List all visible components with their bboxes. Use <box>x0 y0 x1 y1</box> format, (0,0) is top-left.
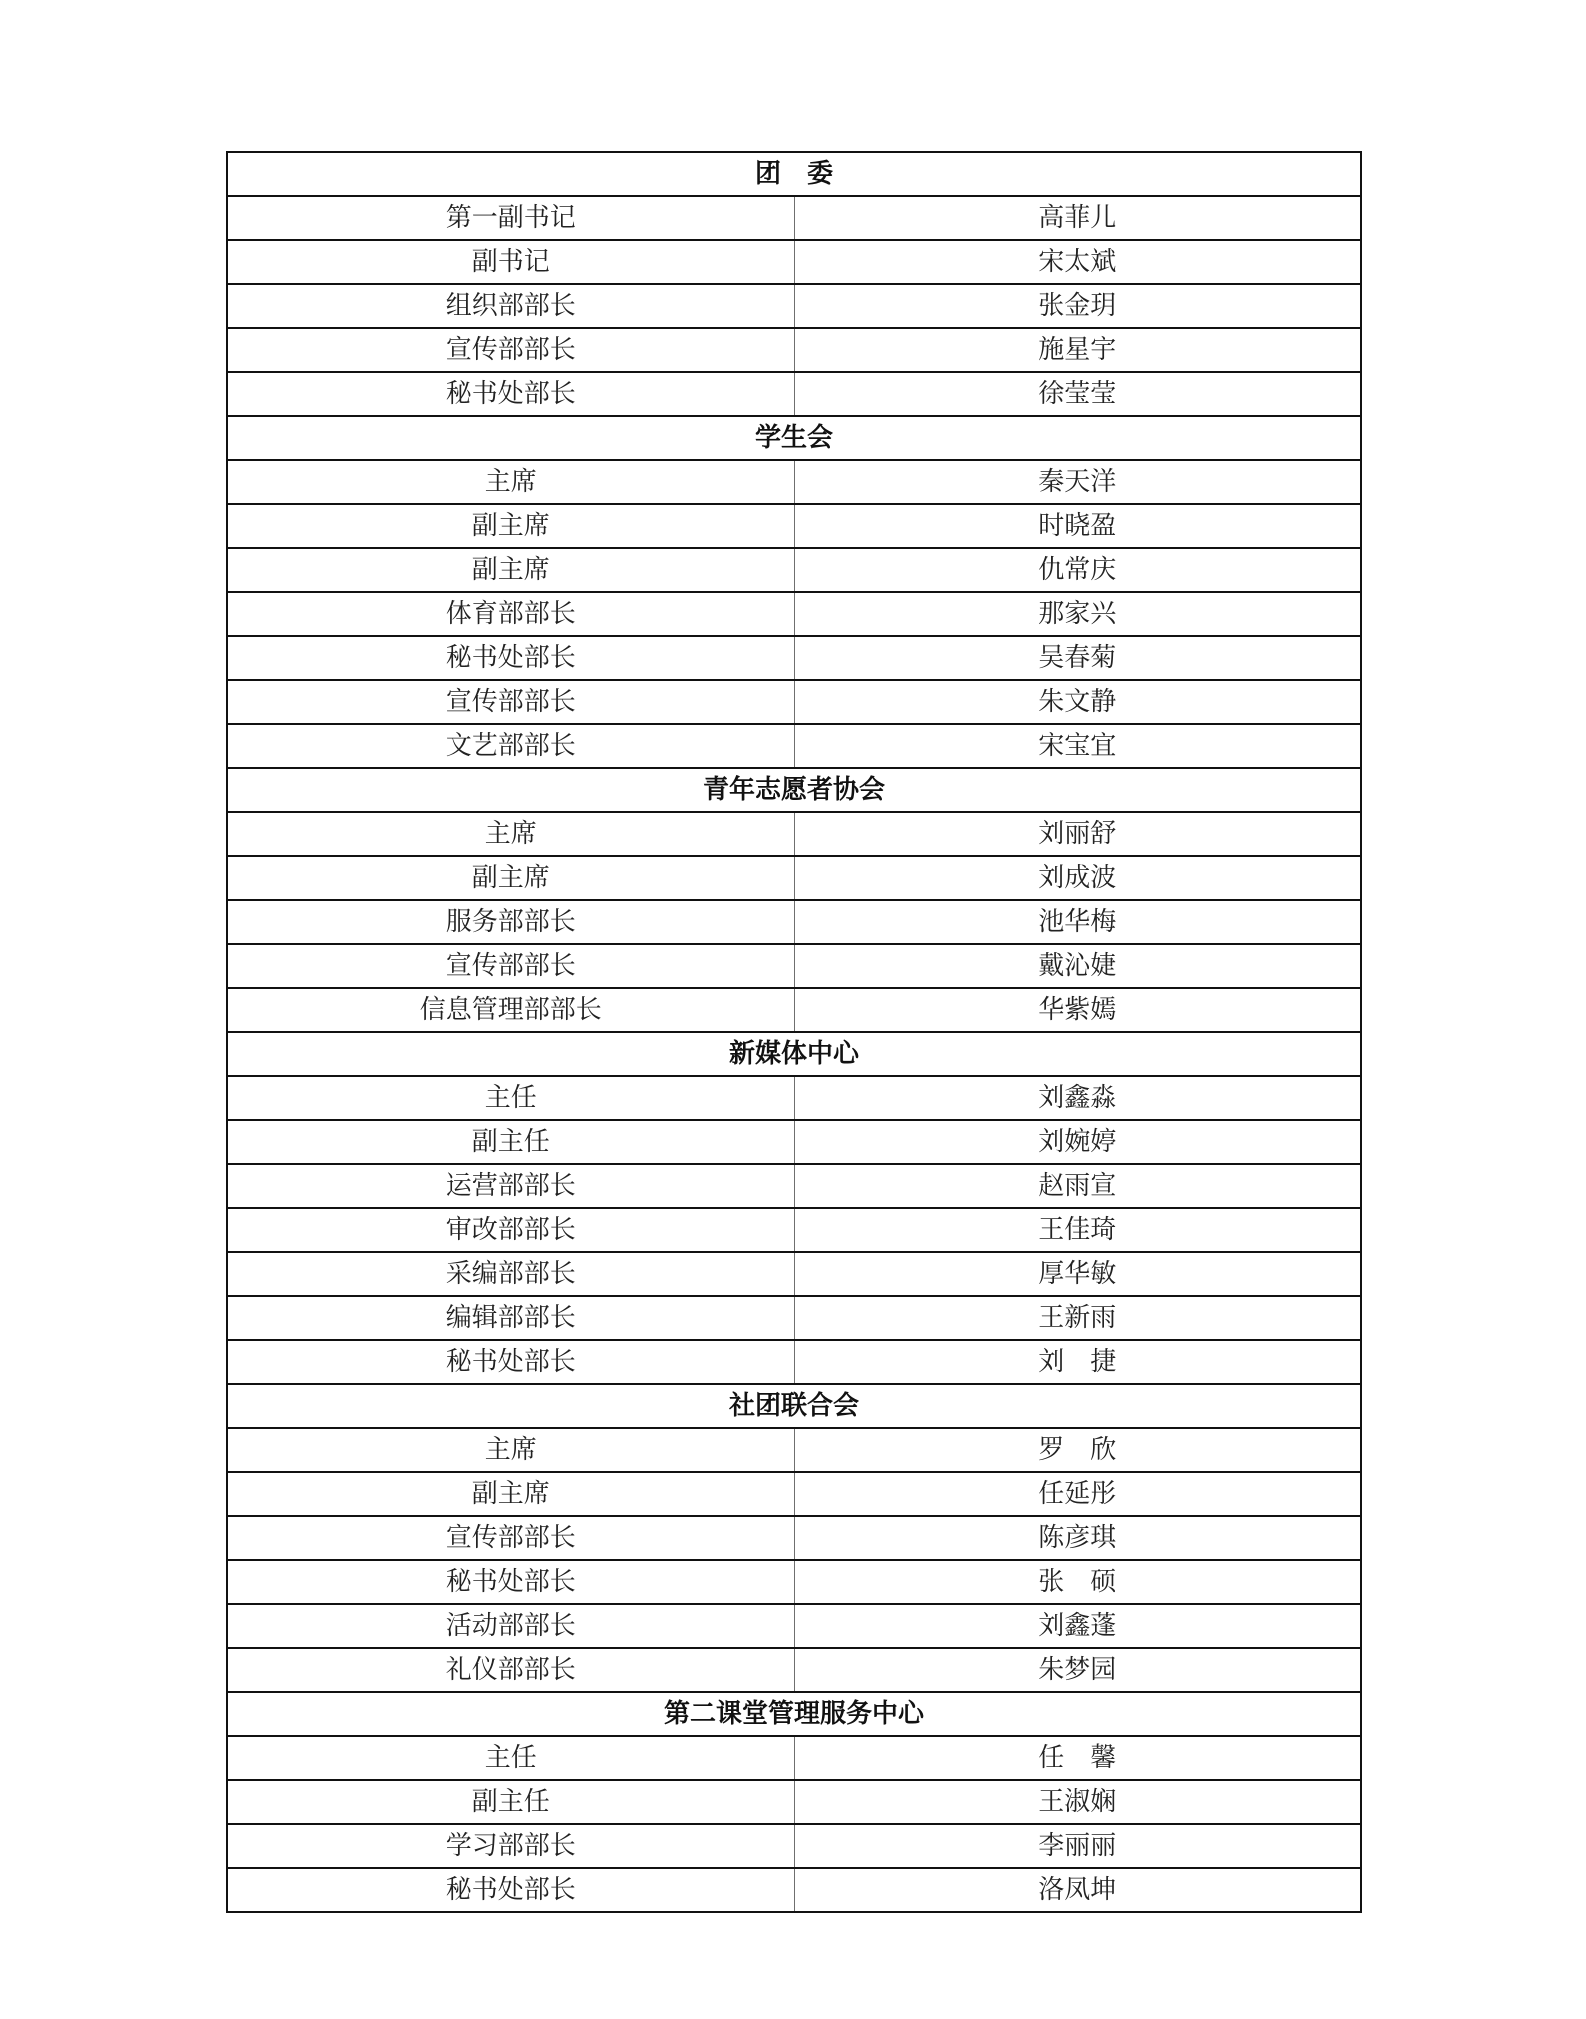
section-title: 第二课堂管理服务中心 <box>227 1692 1361 1736</box>
position-cell: 副主席 <box>227 1472 794 1516</box>
table-row: 审改部部长王佳琦 <box>227 1208 1361 1252</box>
section-header-row: 学生会 <box>227 416 1361 460</box>
table-row: 副主席刘成波 <box>227 856 1361 900</box>
position-cell: 运营部部长 <box>227 1164 794 1208</box>
name-cell: 刘丽舒 <box>794 812 1361 856</box>
name-cell: 王淑娴 <box>794 1780 1361 1824</box>
name-cell: 王新雨 <box>794 1296 1361 1340</box>
table-row: 服务部部长池华梅 <box>227 900 1361 944</box>
table-row: 运营部部长赵雨宣 <box>227 1164 1361 1208</box>
position-cell: 礼仪部部长 <box>227 1648 794 1692</box>
position-cell: 主任 <box>227 1076 794 1120</box>
position-cell: 宣传部部长 <box>227 944 794 988</box>
table-row: 主席秦天洋 <box>227 460 1361 504</box>
table-row: 主任任 馨 <box>227 1736 1361 1780</box>
position-cell: 主席 <box>227 1428 794 1472</box>
section-title: 团 委 <box>227 152 1361 196</box>
name-cell: 宋宝宜 <box>794 724 1361 768</box>
name-cell: 那家兴 <box>794 592 1361 636</box>
position-cell: 采编部部长 <box>227 1252 794 1296</box>
section-header-row: 第二课堂管理服务中心 <box>227 1692 1361 1736</box>
name-cell: 厚华敏 <box>794 1252 1361 1296</box>
name-cell: 时晓盈 <box>794 504 1361 548</box>
table-row: 宣传部部长戴沁婕 <box>227 944 1361 988</box>
name-cell: 华紫嫣 <box>794 988 1361 1032</box>
roster-table: 团 委 第一副书记高菲儿 副书记宋太斌 组织部部长张金玥 宣传部部长施星宇 秘书… <box>226 151 1362 1913</box>
position-cell: 秘书处部长 <box>227 1868 794 1912</box>
table-row: 副主任王淑娴 <box>227 1780 1361 1824</box>
table-row: 宣传部部长施星宇 <box>227 328 1361 372</box>
name-cell: 任 馨 <box>794 1736 1361 1780</box>
name-cell: 朱文静 <box>794 680 1361 724</box>
table-row: 副书记宋太斌 <box>227 240 1361 284</box>
name-cell: 朱梦园 <box>794 1648 1361 1692</box>
name-cell: 刘鑫蓬 <box>794 1604 1361 1648</box>
table-row: 秘书处部长刘 捷 <box>227 1340 1361 1384</box>
table-row: 副主席任延彤 <box>227 1472 1361 1516</box>
position-cell: 副主席 <box>227 504 794 548</box>
name-cell: 刘 捷 <box>794 1340 1361 1384</box>
table-row: 第一副书记高菲儿 <box>227 196 1361 240</box>
name-cell: 仇常庆 <box>794 548 1361 592</box>
table-row: 秘书处部长张 硕 <box>227 1560 1361 1604</box>
section-header-row: 青年志愿者协会 <box>227 768 1361 812</box>
position-cell: 审改部部长 <box>227 1208 794 1252</box>
name-cell: 王佳琦 <box>794 1208 1361 1252</box>
section-title: 社团联合会 <box>227 1384 1361 1428</box>
position-cell: 宣传部部长 <box>227 680 794 724</box>
name-cell: 施星宇 <box>794 328 1361 372</box>
name-cell: 秦天洋 <box>794 460 1361 504</box>
table-row: 礼仪部部长朱梦园 <box>227 1648 1361 1692</box>
position-cell: 宣传部部长 <box>227 328 794 372</box>
table-row: 组织部部长张金玥 <box>227 284 1361 328</box>
name-cell: 宋太斌 <box>794 240 1361 284</box>
position-cell: 组织部部长 <box>227 284 794 328</box>
name-cell: 刘成波 <box>794 856 1361 900</box>
section-header-row: 团 委 <box>227 152 1361 196</box>
name-cell: 任延彤 <box>794 1472 1361 1516</box>
table-row: 秘书处部长徐莹莹 <box>227 372 1361 416</box>
name-cell: 刘鑫淼 <box>794 1076 1361 1120</box>
table-row: 体育部部长那家兴 <box>227 592 1361 636</box>
table-row: 副主席时晓盈 <box>227 504 1361 548</box>
position-cell: 编辑部部长 <box>227 1296 794 1340</box>
table-row: 主席刘丽舒 <box>227 812 1361 856</box>
name-cell: 吴春菊 <box>794 636 1361 680</box>
position-cell: 秘书处部长 <box>227 1560 794 1604</box>
name-cell: 赵雨宣 <box>794 1164 1361 1208</box>
name-cell: 张 硕 <box>794 1560 1361 1604</box>
position-cell: 秘书处部长 <box>227 1340 794 1384</box>
table-row: 活动部部长刘鑫蓬 <box>227 1604 1361 1648</box>
position-cell: 副主任 <box>227 1780 794 1824</box>
position-cell: 活动部部长 <box>227 1604 794 1648</box>
section-header-row: 社团联合会 <box>227 1384 1361 1428</box>
name-cell: 罗 欣 <box>794 1428 1361 1472</box>
name-cell: 刘婉婷 <box>794 1120 1361 1164</box>
table-row: 秘书处部长洛凤坤 <box>227 1868 1361 1912</box>
table-row: 采编部部长厚华敏 <box>227 1252 1361 1296</box>
section-title: 学生会 <box>227 416 1361 460</box>
name-cell: 徐莹莹 <box>794 372 1361 416</box>
position-cell: 主任 <box>227 1736 794 1780</box>
name-cell: 李丽丽 <box>794 1824 1361 1868</box>
section-title: 青年志愿者协会 <box>227 768 1361 812</box>
position-cell: 副书记 <box>227 240 794 284</box>
position-cell: 主席 <box>227 460 794 504</box>
position-cell: 信息管理部部长 <box>227 988 794 1032</box>
table-row: 文艺部部长宋宝宜 <box>227 724 1361 768</box>
position-cell: 第一副书记 <box>227 196 794 240</box>
name-cell: 陈彦琪 <box>794 1516 1361 1560</box>
name-cell: 张金玥 <box>794 284 1361 328</box>
table-row: 宣传部部长陈彦琪 <box>227 1516 1361 1560</box>
table-row: 信息管理部部长华紫嫣 <box>227 988 1361 1032</box>
position-cell: 服务部部长 <box>227 900 794 944</box>
table-row: 副主席仇常庆 <box>227 548 1361 592</box>
position-cell: 秘书处部长 <box>227 372 794 416</box>
name-cell: 洛凤坤 <box>794 1868 1361 1912</box>
position-cell: 副主席 <box>227 856 794 900</box>
table-row: 秘书处部长吴春菊 <box>227 636 1361 680</box>
position-cell: 体育部部长 <box>227 592 794 636</box>
position-cell: 宣传部部长 <box>227 1516 794 1560</box>
table-row: 主任刘鑫淼 <box>227 1076 1361 1120</box>
name-cell: 池华梅 <box>794 900 1361 944</box>
position-cell: 副主任 <box>227 1120 794 1164</box>
section-title: 新媒体中心 <box>227 1032 1361 1076</box>
position-cell: 副主席 <box>227 548 794 592</box>
table-row: 主席罗 欣 <box>227 1428 1361 1472</box>
section-header-row: 新媒体中心 <box>227 1032 1361 1076</box>
table-row: 学习部部长李丽丽 <box>227 1824 1361 1868</box>
name-cell: 戴沁婕 <box>794 944 1361 988</box>
table-row: 宣传部部长朱文静 <box>227 680 1361 724</box>
position-cell: 文艺部部长 <box>227 724 794 768</box>
position-cell: 学习部部长 <box>227 1824 794 1868</box>
position-cell: 主席 <box>227 812 794 856</box>
position-cell: 秘书处部长 <box>227 636 794 680</box>
table-row: 副主任刘婉婷 <box>227 1120 1361 1164</box>
table-row: 编辑部部长王新雨 <box>227 1296 1361 1340</box>
name-cell: 高菲儿 <box>794 196 1361 240</box>
